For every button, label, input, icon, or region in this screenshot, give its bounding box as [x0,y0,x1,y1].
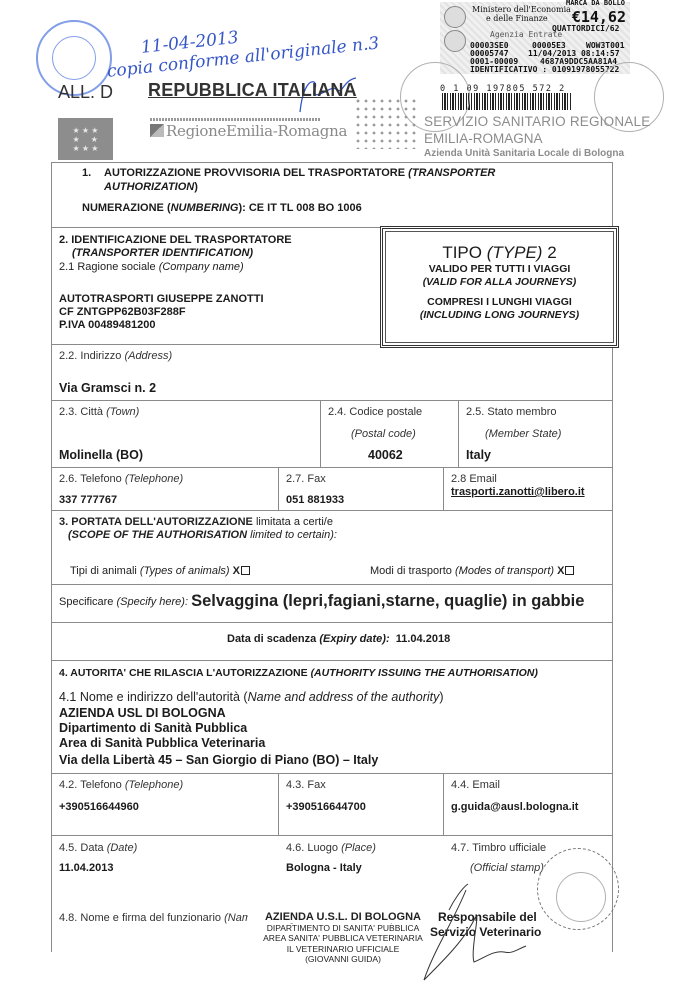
authority-name-label-en: Name and address of the authority [248,690,440,704]
authority-line: Area di Sanità Pubblica Veterinaria [59,736,265,750]
vat-number: P.IVA 00489481200 [59,319,155,331]
authority-line: AZIENDA USL DI BOLOGNA [59,706,226,720]
blue-round-stamp-inner [52,36,96,80]
section3-title-en-rest: limited to certain): [247,529,337,541]
postal-code-label-en: (Postal code) [351,428,416,440]
divider [278,467,279,510]
specify-row: Specificare (Specify here): Selvaggina (… [59,592,584,611]
numbering-label-en: NUMBERING [171,202,239,214]
divider [51,467,613,468]
phone-label-en: (Telephone) [125,473,183,485]
animal-types-checkbox[interactable] [241,566,250,575]
region-logo-text: RegioneEmilia-Romagna [166,122,347,140]
transport-modes-option: Modi di trasporto (Modes of transport) X [370,565,574,577]
authority-fax-value: +390516644700 [286,801,366,813]
company-label-en: (Company name) [159,261,244,273]
transporter-type-box: TIPO (TYPE) 2 VALIDO PER TUTTI I VIAGGI … [380,226,619,348]
section4-title-it: 4. AUTORITA' CHE RILASCIA L'AUTORIZZAZIO… [59,667,308,679]
section3-title: 3. PORTATA DELL'AUTORIZZAZIONE limitata … [59,516,333,528]
section1-title-en-2: AUTHORIZATION [104,181,194,193]
transport-modes-label-en: (Modes of transport) [455,565,554,577]
section4-title-en: (AUTHORITY ISSUING THE AUTHORISATION) [311,667,538,679]
section4-title: 4. AUTORITA' CHE RILASCIA L'AUTORIZZAZIO… [59,667,538,679]
postal-code-value: 40062 [368,448,403,462]
issue-place-value: Bologna - Italy [286,862,362,874]
official-stamp-label: 4.7. Timbro ufficiale [451,842,546,854]
issue-date-label-en: (Date) [107,842,138,854]
expiry-label-en: (Expiry date): [319,633,389,645]
section2-title: 2. IDENTIFICAZIONE DEL TRASPORTATORE [59,234,292,246]
state-emblem-icon [444,30,466,52]
tax-code: CF ZNTGPP62B03F288F [59,306,186,318]
town-label-en: (Town) [106,406,139,418]
stamp-issuer: Ministero dell'Economia [472,5,571,14]
section3-title-en: (SCOPE OF THE AUTHORISATION limited to c… [68,529,337,541]
section1-title-it: AUTORIZZAZIONE PROVVISORIA DEL TRASPORTA… [104,167,405,179]
email-link[interactable]: trasporti.zanotti@libero.it [451,486,585,498]
postal-code-label: 2.4. Codice postale [328,406,422,418]
eu-flag-logo: ★ ★ ★★ ★★ ★ ★ [58,118,113,160]
member-state-value: Italy [466,448,491,462]
divider [320,400,321,467]
type-validity-en: (VALID FOR ALLA JOURNEYS) [383,276,616,289]
divider [278,773,279,835]
company-name: AUTOTRASPORTI GIUSEPPE ZANOTTI [59,293,264,305]
transport-modes-label: Modi di trasporto [370,565,452,577]
divider [458,400,459,467]
region-logo-bar [150,118,320,121]
health-service-name: SERVIZIO SANITARIO REGIONALE [424,114,650,129]
animal-types-label: Tipi di animali [70,565,137,577]
expiry-label: Data di scadenza [227,633,316,645]
stamp-label: MARCA DA BOLLO [566,0,625,8]
authority-line: Dipartimento di Sanità Pubblica [59,721,247,735]
fax-label: 2.7. Fax [286,473,326,485]
town-label-it: 2.3. Città [59,406,103,418]
type-long-journeys-en: (INCLUDING LONG JOURNEYS) [383,309,616,322]
section1-title-cont: AUTHORIZATION) [104,181,198,193]
type-validity: VALIDO PER TUTTI I VIAGGI [383,263,616,276]
town-label: 2.3. Città (Town) [59,406,139,418]
specify-label-en: (Specify here): [116,596,188,608]
type-title-en: (TYPE) [487,243,543,262]
health-service-region: EMILIA-ROMAGNA [424,131,543,146]
numbering: NUMERAZIONE (NUMBERING): CE IT TL 008 BO… [82,202,362,214]
authority-phone-label-en: (Telephone) [125,779,183,791]
annex-label: ALL. D [58,82,113,103]
divider [443,467,444,510]
official-name-label-it: 4.8. Nome e firma del funzionario [59,912,221,924]
authority-line: Via della Libertà 45 – San Giorgio di Pi… [59,753,378,767]
issue-date-label-it: 4.5. Data [59,842,104,854]
transport-modes-mark: X [557,565,564,577]
phone-label-it: 2.6. Telefono [59,473,122,485]
section2-title-en: (TRANSPORTER IDENTIFICATION) [72,247,253,259]
specify-label: Specificare [59,596,113,608]
member-state-label: 2.5. Stato membro [466,406,557,418]
animal-types-mark: X [233,565,240,577]
animal-types-label-en: (Types of animals) [140,565,230,577]
divider [443,773,444,835]
health-service-unit: Azienda Unità Sanitaria Locale di Bologn… [424,148,624,159]
phone-label: 2.6. Telefono (Telephone) [59,473,183,485]
member-state-label-en: (Member State) [485,428,561,440]
issue-place-label: 4.6. Luogo (Place) [286,842,376,854]
authority-name-label-it: 4.1 Nome e indirizzo dell'autorità ( [59,690,248,704]
address-value: Via Gramsci n. 2 [59,381,156,395]
expiry-date-value: 11.04.2018 [396,633,450,645]
section3-title-en-bold: (SCOPE OF THE AUTHORISATION [68,529,247,541]
issue-place-label-it: 4.6. Luogo [286,842,338,854]
section3-title-rest: limitata a certi/e [253,516,333,528]
official-stamp-label-en: (Official stamp) [470,862,544,874]
expiry-date-row: Data di scadenza (Expiry date): 11.04.20… [227,633,450,645]
phone-value: 337 777767 [59,494,117,506]
divider [51,510,613,511]
region-logo-icon [150,124,164,137]
authority-phone-label-it: 4.2. Telefono [59,779,122,791]
animal-types-option: Tipi di animali (Types of animals) X [70,565,250,577]
section1-number: 1. [82,167,91,179]
authority-fax-label: 4.3. Fax [286,779,326,791]
divider [51,773,613,774]
type-long-journeys: COMPRESI I LUNGHI VIAGGI [383,296,616,309]
official-round-stamp-inner [556,872,606,922]
type-title: TIPO (TYPE) 2 [383,243,616,263]
type-title-it: TIPO [442,243,482,262]
specify-value: Selvaggina (lepri,fagiani,starne, quagli… [191,592,584,610]
authority-email-label: 4.4. Email [451,779,500,791]
authority-name-label-end: ) [439,690,443,704]
state-emblem-icon [444,6,466,28]
authority-phone-value: +390516644960 [59,801,139,813]
address-label-en: (Address) [124,350,172,362]
numbering-label: NUMERAZIONE ( [82,202,171,214]
republic-title: REPUBBLICA ITALIANA [148,80,357,101]
health-service-logo-dots [354,97,416,149]
issue-date-value: 11.04.2013 [59,862,113,874]
official-signature [404,880,534,990]
fax-value: 051 881933 [286,494,344,506]
divider [51,660,613,661]
stamp-agency: Agenzia Entrate [490,30,562,39]
numbering-value: ): CE IT TL 008 BO 1006 [238,202,361,214]
divider [51,400,613,401]
divider [51,622,613,623]
stamp-issuer-2: e delle Finanze [486,14,548,23]
company-label-it: 2.1 Ragione sociale [59,261,156,273]
authority-phone-label: 4.2. Telefono (Telephone) [59,779,183,791]
type-number: 2 [547,243,556,262]
section1-title-en: (TRANSPORTER [408,167,495,179]
divider [51,584,613,585]
address-label-it: 2.2. Indirizzo [59,350,121,362]
address-label: 2.2. Indirizzo (Address) [59,350,172,362]
town-value: Molinella (BO) [59,448,143,462]
divider [51,835,613,836]
issue-date-label: 4.5. Data (Date) [59,842,137,854]
section1-title: AUTORIZZAZIONE PROVVISORIA DEL TRASPORTA… [104,167,495,179]
transport-modes-checkbox[interactable] [565,566,574,575]
stamp-identifier: IDENTIFICATIVO : 01091978055722 [470,65,619,74]
authority-email-value[interactable]: g.guida@ausl.bologna.it [451,801,578,813]
company-label: 2.1 Ragione sociale (Company name) [59,261,244,273]
section3-title-it: 3. PORTATA DELL'AUTORIZZAZIONE [59,516,253,528]
revenue-stamp: Ministero dell'Economia e delle Finanze … [440,2,630,74]
email-label: 2.8 Email [451,473,497,485]
issue-place-label-en: (Place) [341,842,376,854]
authority-name-label: 4.1 Nome e indirizzo dell'autorità (Name… [59,690,444,704]
divider [51,227,380,228]
